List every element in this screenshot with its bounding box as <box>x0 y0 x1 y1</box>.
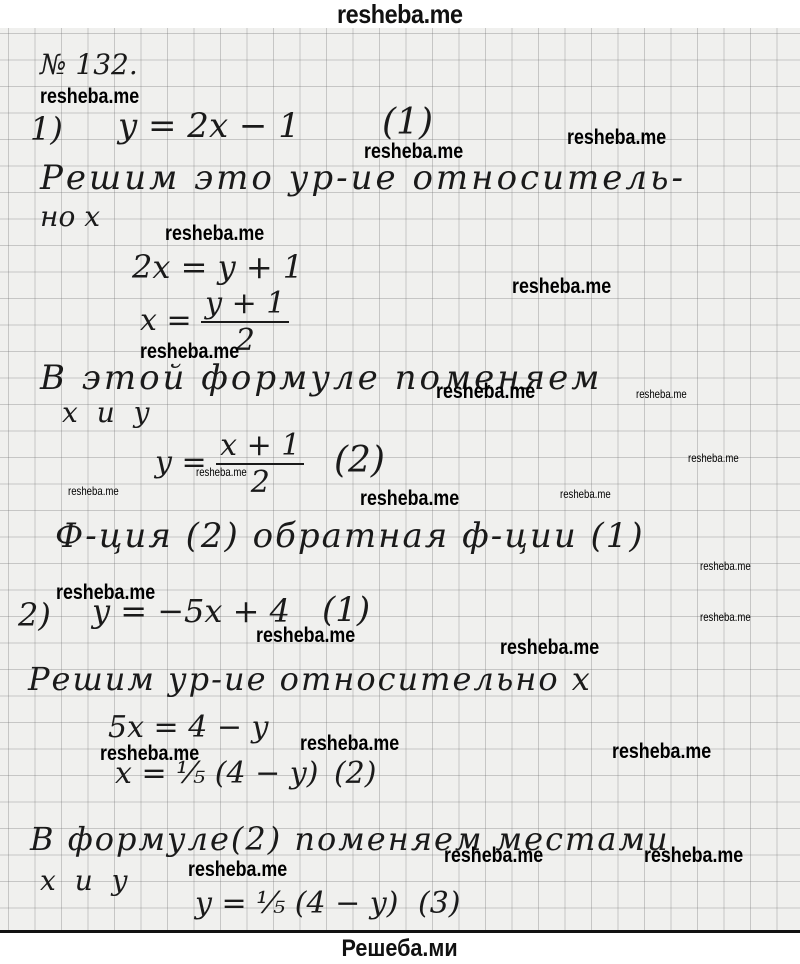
part2-step1: 5x = 4 − y <box>108 710 268 745</box>
part1-label: 1) <box>30 110 63 148</box>
part1-eq-tag: (1) <box>382 102 433 143</box>
watermark: resheba.me <box>512 275 611 299</box>
step2-tag: (2) <box>334 756 377 791</box>
watermark: resheba.me <box>700 610 751 624</box>
watermark: resheba.me <box>40 85 139 109</box>
part2-text2-cont: x и y <box>40 864 127 897</box>
part1-text1: Решим это ур-ие относитель- <box>40 158 686 198</box>
watermark: resheba.me <box>636 387 687 401</box>
part1-result: y = x + 1 2 (2) <box>155 428 385 500</box>
watermark: resheba.me <box>688 451 739 465</box>
watermark: resheba.me <box>560 487 611 501</box>
watermark: resheba.me <box>360 487 459 511</box>
part2-text2: В формуле(2) поменяем местами <box>30 820 670 858</box>
part1-text1-cont: но x <box>40 200 100 233</box>
watermark: resheba.me <box>56 581 155 605</box>
watermark: resheba.me <box>444 844 543 868</box>
result-tag: (2) <box>334 440 385 481</box>
site-header: resheba.me <box>0 0 800 28</box>
watermark: resheba.me <box>196 465 247 479</box>
result-fraction: x + 1 2 <box>216 428 304 500</box>
site-name: resheba.me <box>337 0 463 28</box>
site-name-ru: Решеба.ми <box>342 933 458 964</box>
problem-number: № 132. <box>40 48 138 81</box>
watermark: resheba.me <box>140 340 239 364</box>
watermark: resheba.me <box>500 636 599 660</box>
result-tag: (3) <box>418 886 461 921</box>
part1-conclusion: Ф-ция (2) обратная ф-ции (1) <box>55 516 645 556</box>
result-numerator: x + 1 <box>216 428 304 465</box>
watermark: resheba.me <box>644 844 743 868</box>
watermark: resheba.me <box>567 126 666 150</box>
result-expr: y = ⅕ (4 − y) <box>195 886 398 921</box>
watermark: resheba.me <box>256 624 355 648</box>
part2-label: 2) <box>18 596 51 634</box>
notebook-page: № 132. 1) y = 2x − 1 (1) Решим это ур-ие… <box>0 28 800 930</box>
watermark: resheba.me <box>700 559 751 573</box>
watermark: resheba.me <box>364 140 463 164</box>
watermark: resheba.me <box>100 742 199 766</box>
site-footer: Решеба.ми <box>0 933 800 964</box>
part1-equation: y = 2x − 1 <box>118 106 300 146</box>
watermark: resheba.me <box>68 484 119 498</box>
part1-text2-cont: x и y <box>62 396 149 429</box>
watermark: resheba.me <box>436 380 535 404</box>
part2-text1: Решим ур-ие относительно x <box>28 660 592 698</box>
part1-step1: 2x = y + 1 <box>132 248 303 286</box>
watermark: resheba.me <box>165 222 264 246</box>
part2-result: y = ⅕ (4 − y) (3) <box>195 886 460 921</box>
step2-numerator: y + 1 <box>201 286 289 323</box>
watermark: resheba.me <box>300 732 399 756</box>
step2-lhs: x = <box>140 303 192 338</box>
watermark: resheba.me <box>188 858 287 882</box>
watermark: resheba.me <box>612 740 711 764</box>
